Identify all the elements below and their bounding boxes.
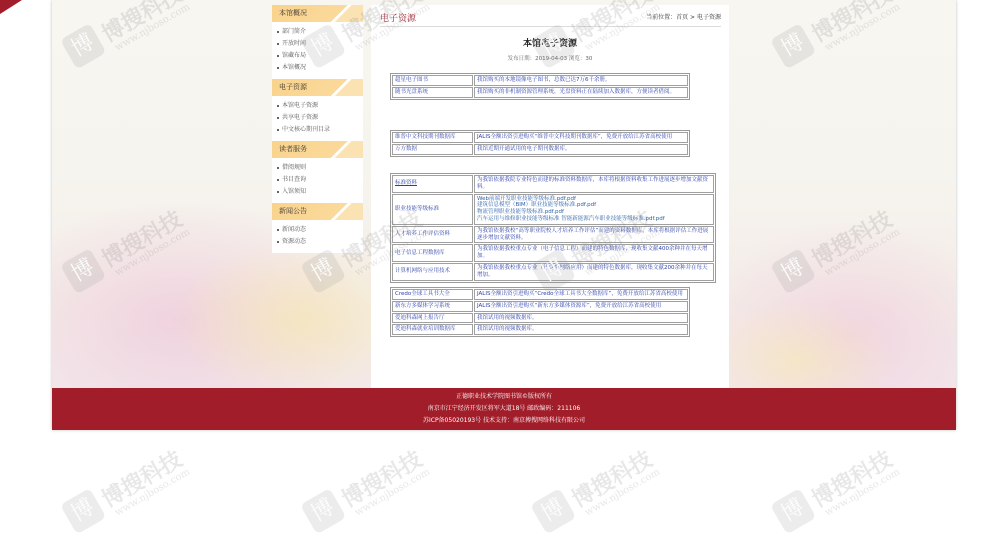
resource-table: Credo全球工具书大全 JALIS全额出资引进购买“Credo全球工具书大全数… xyxy=(390,287,690,337)
watermark-logo-icon: 博 xyxy=(530,488,576,534)
file-list: Web前端开发职业技能等级标准.pdf.pdf 建筑信息模型（BIM）职业技能等… xyxy=(474,194,714,225)
sidebar-section-news: 新闻公告 新闻动态 资源动态 xyxy=(272,203,363,253)
sidebar-item[interactable]: 馆藏布局 xyxy=(272,50,363,62)
sidebar-item[interactable]: 中文核心期刊目录 xyxy=(272,124,363,136)
resource-name[interactable]: 超星电子图书 xyxy=(392,75,473,86)
table-row: 标准资料 为我馆依据我院专业特色而建的标准资料数据库，本库将根据资料收集工作进展… xyxy=(392,175,714,193)
article-title: 本馆电子资源 xyxy=(371,36,729,49)
resource-desc: JALIS全额出资引进购买“新东方多媒体资源库”，免费开放给江苏省高校使用 xyxy=(474,301,688,312)
table-row: 爱迪科森网上报告厅 我馆试用的视频数据库。 xyxy=(392,313,688,324)
sidebar-item[interactable]: 部门简介 xyxy=(272,26,363,38)
resource-desc: 我馆近期开通试用的电子期刊数据库。 xyxy=(474,144,688,155)
table-row: 职业技能等级标准 Web前端开发职业技能等级标准.pdf.pdf 建筑信息模型（… xyxy=(392,194,714,225)
resource-name[interactable]: 爱迪科森网上报告厅 xyxy=(392,313,473,324)
table-row: 随书光盘系统 我馆购买的非机制资源管理系统，光盘资料正在陆续加入数据库，方便读者… xyxy=(392,87,688,98)
main-content: 电子资源 当前位置：首页 > 电子资源 本馆电子资源 发布日期：2019-04-… xyxy=(371,5,729,388)
file-link[interactable]: 汽车运用与维修职业技能等级标准 智能新能源汽车职业技能等级标准.pdf.pdf xyxy=(477,216,711,223)
resource-desc: JALIS全额出资引进购买“维普中文科技期刊数据库”，免费开放给江苏省高校使用 xyxy=(474,132,688,143)
table-row: 万方数据 我馆近期开通试用的电子期刊数据库。 xyxy=(392,144,688,155)
sidebar-item[interactable]: 入馆须知 xyxy=(272,186,363,198)
resource-name[interactable]: 万方数据 xyxy=(392,144,473,155)
resource-name[interactable]: 人才培养工作评估资料 xyxy=(392,226,473,244)
file-link[interactable]: 物流管理职业技能等级标准.pdf.pdf xyxy=(477,209,711,216)
resource-desc: 我馆试用的视频数据库。 xyxy=(474,313,688,324)
breadcrumb: 当前位置：首页 > 电子资源 xyxy=(646,12,721,21)
breadcrumb-separator: > xyxy=(690,14,695,21)
table-row: 人才培养工作评估资料 为我馆依据我校“高等职业院校人才培养工作评估”而建的资料数… xyxy=(392,226,714,244)
footer: 正德职业技术学院图书馆©版权所有 南京市江宁经济开发区将军大道18号 邮政编码：… xyxy=(52,388,956,430)
table-row: 维普中文科技期刊数据库 JALIS全额出资引进购买“维普中文科技期刊数据库”，免… xyxy=(392,132,688,143)
resource-table: 标准资料 为我馆依据我院专业特色而建的标准资料数据库，本库将根据资料收集工作进展… xyxy=(390,173,716,283)
table-row: 电子信息工程数据库 为我馆依据我校重点专业（电子信息工程）而建的特色数据库，现收… xyxy=(392,244,714,262)
resource-name[interactable]: 维普中文科技期刊数据库 xyxy=(392,132,473,143)
sidebar-item[interactable]: 书目查询 xyxy=(272,174,363,186)
sidebar-heading[interactable]: 电子资源 xyxy=(272,79,363,96)
sidebar-item[interactable]: 资源动态 xyxy=(272,236,363,248)
table-row: 爱迪科森就业培训数据库 我馆试用的视频数据库。 xyxy=(392,324,688,335)
resource-desc: 为我馆依据我院专业特色而建的标准资料数据库，本库将根据资料收集工作进展逐步增加文… xyxy=(474,175,714,193)
sidebar-item[interactable]: 共享电子资源 xyxy=(272,112,363,124)
sidebar-heading[interactable]: 新闻公告 xyxy=(272,203,363,220)
breadcrumb-prefix: 当前位置： xyxy=(646,14,676,21)
resource-table: 维普中文科技期刊数据库 JALIS全额出资引进购买“维普中文科技期刊数据库”，免… xyxy=(390,130,690,157)
watermark-logo-icon: 博 xyxy=(60,488,106,534)
resource-name[interactable]: 爱迪科森就业培训数据库 xyxy=(392,324,473,335)
resource-name[interactable]: 新东方多媒体学习系统 xyxy=(392,301,473,312)
resource-desc: 为我馆依据我校“高等职业院校人才培养工作评估”而建的资料数据库，本库将根据评估工… xyxy=(474,226,714,244)
footer-copyright: 正德职业技术学院图书馆©版权所有 xyxy=(52,391,956,403)
sidebar-heading[interactable]: 本馆概况 xyxy=(272,5,363,22)
resource-desc: 我馆购买的本地镜像电子图书，总数已达7万6千余册。 xyxy=(474,75,688,86)
sidebar-section-about: 本馆概况 部门简介 开放时间 馆藏布局 本馆概况 xyxy=(272,5,363,79)
table-row: 超星电子图书 我馆购买的本地镜像电子图书，总数已达7万6千余册。 xyxy=(392,75,688,86)
watermark: 博博搜科技www.njboso.com xyxy=(300,441,432,541)
resource-desc: 我馆试用的视频数据库。 xyxy=(474,324,688,335)
sidebar-item[interactable]: 借阅规则 xyxy=(272,162,363,174)
sidebar-item[interactable]: 新闻动态 xyxy=(272,224,363,236)
sidebar-item[interactable]: 开放时间 xyxy=(272,38,363,50)
article-meta: 发布日期：2019-04-03 浏览：30 xyxy=(371,54,729,62)
watermark: 博博搜科技www.njboso.com xyxy=(530,441,662,541)
table-row: Credo全球工具书大全 JALIS全额出资引进购买“Credo全球工具书大全数… xyxy=(392,289,688,300)
table-row: 新东方多媒体学习系统 JALIS全额出资引进购买“新东方多媒体资源库”，免费开放… xyxy=(392,301,688,312)
resource-name[interactable]: 职业技能等级标准 xyxy=(392,194,473,225)
sidebar-heading[interactable]: 读者服务 xyxy=(272,141,363,158)
watermark-logo-icon: 博 xyxy=(300,488,346,534)
resource-name[interactable]: 随书光盘系统 xyxy=(392,87,473,98)
section-title: 电子资源 xyxy=(380,11,416,24)
corner-decoration xyxy=(0,0,22,14)
resource-link-standards[interactable]: 标准资料 xyxy=(395,180,417,186)
sidebar-item[interactable]: 本馆电子资源 xyxy=(272,100,363,112)
divider xyxy=(380,26,721,27)
watermark: 博博搜科技www.njboso.com xyxy=(770,441,902,541)
resource-table: 超星电子图书 我馆购买的本地镜像电子图书，总数已达7万6千余册。 随书光盘系统 … xyxy=(390,73,690,100)
breadcrumb-current[interactable]: 电子资源 xyxy=(697,14,721,21)
table-row: 计算机网络与应用技术 为我馆依据我校重点专业（计算机网络应用）而建的特色数据库，… xyxy=(392,263,714,281)
resource-name[interactable]: 计算机网络与应用技术 xyxy=(392,263,473,281)
resource-name[interactable]: 电子信息工程数据库 xyxy=(392,244,473,262)
resource-desc: 为我馆依据我校重点专业（电子信息工程）而建的特色数据库，现收集文献400余种并在… xyxy=(474,244,714,262)
sidebar-section-reader-services: 读者服务 借阅规则 书目查询 入馆须知 xyxy=(272,141,363,203)
watermark-logo-icon: 博 xyxy=(770,488,816,534)
resource-desc: 我馆购买的非机制资源管理系统，光盘资料正在陆续加入数据库，方便读者借阅。 xyxy=(474,87,688,98)
resource-name[interactable]: Credo全球工具书大全 xyxy=(392,289,473,300)
resource-desc: 为我馆依据我校重点专业（计算机网络应用）而建的特色数据库，现收集文献200余种并… xyxy=(474,263,714,281)
footer-address: 南京市江宁经济开发区将军大道18号 邮政编码：211106 xyxy=(52,403,956,415)
sidebar: 本馆概况 部门简介 开放时间 馆藏布局 本馆概况 电子资源 本馆电子资源 共享电… xyxy=(272,5,363,253)
resource-desc: JALIS全额出资引进购买“Credo全球工具书大全数据库”，免费开放给江苏省高… xyxy=(474,289,688,300)
sidebar-item[interactable]: 本馆概况 xyxy=(272,62,363,74)
breadcrumb-home[interactable]: 首页 xyxy=(676,14,688,21)
footer-icp: 苏ICP备05020193号 技术支持：南京搏搜网络科技有限公司 xyxy=(52,415,956,427)
watermark: 博博搜科技www.njboso.com xyxy=(60,441,192,541)
sidebar-section-eresources: 电子资源 本馆电子资源 共享电子资源 中文核心期刊目录 xyxy=(272,79,363,141)
